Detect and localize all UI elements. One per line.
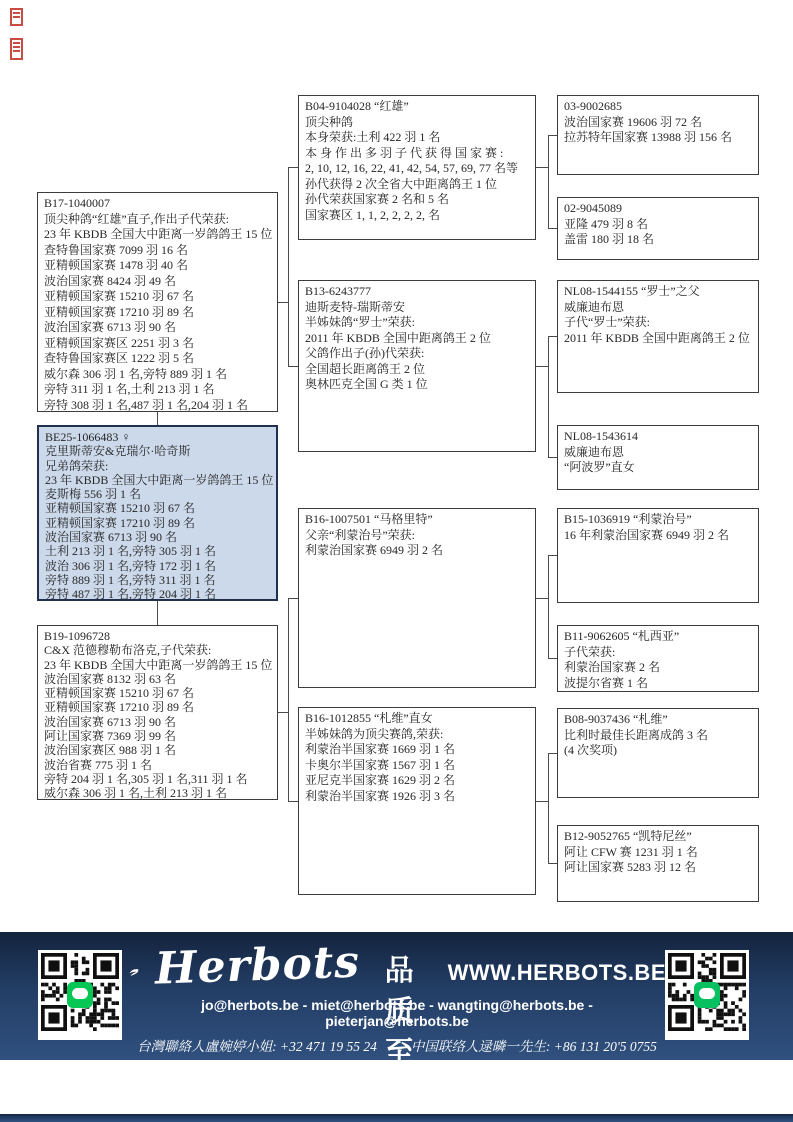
pedigree-text-line: 波治国家赛 6713 羽 90 名 xyxy=(44,715,271,729)
pedigree-text-line: 国家赛区 1, 1, 2, 2, 2, 2, 名 xyxy=(305,208,529,224)
brand-tagline: 品质至上 xyxy=(376,948,432,1112)
pedigree-text-line: 全国超长距离鸽王 2 位 xyxy=(305,362,529,378)
connector-line xyxy=(278,302,288,303)
pedigree-text-line: 半姊妹鸽为顶尖赛鸽,荣获: xyxy=(305,727,529,743)
red-stamp-icon xyxy=(10,38,23,60)
pedigree-text-line: B19-1096728 xyxy=(44,629,271,643)
pedigree-text-line: 本身荣获:土利 422 羽 1 名 xyxy=(305,130,529,146)
pedigree-text-line: 波治省赛 775 羽 1 名 xyxy=(44,758,271,772)
herbots-logo: Herbots xyxy=(154,938,361,993)
pedigree-text-line: BE25-1066483 ♀ xyxy=(45,430,270,444)
connector-line xyxy=(548,753,549,864)
pedigree-text-line: 子代荣获: xyxy=(564,645,752,661)
connector-line xyxy=(548,135,557,136)
pedigree-text-line: 旁特 308 羽 1 名,487 羽 1 名,204 羽 1 名 xyxy=(44,398,271,413)
pedigree-text-line: NL08-1544155 “罗士”之父 xyxy=(564,284,752,300)
connector-line xyxy=(536,167,548,168)
pedigree-text-line: 查特鲁国家赛区 1222 羽 5 名 xyxy=(44,351,271,367)
pedigree-box-03-9002685: 03-9002685波治国家赛 19606 羽 72 名拉苏特年国家赛 1398… xyxy=(557,95,759,175)
pedigree-text-line: 威尔森 306 羽 1 名,土利 213 羽 1 名 xyxy=(44,786,271,800)
pedigree-text-line: 亚精顿国家赛 17210 羽 89 名 xyxy=(44,700,271,714)
pedigree-text-line: C&X 范德穆勒布洛克,子代荣获: xyxy=(44,643,271,657)
connector-line xyxy=(288,167,289,366)
line-qr-code xyxy=(38,950,122,1040)
pedigree-text-line: (4 次奖项) xyxy=(564,743,752,759)
pedigree-text-line: 比利时最佳长距离成鸽 3 名 xyxy=(564,728,752,744)
connector-line xyxy=(548,336,557,337)
connector-line xyxy=(288,801,298,802)
pedigree-text-line: 奥林匹克全国 G 类 1 位 xyxy=(305,377,529,393)
pedigree-text-line: 卡奥尔半国家赛 1567 羽 1 名 xyxy=(305,758,529,774)
taiwan-contact: 台灣聯絡人盧婉婷小姐: +32 471 19 55 24 xyxy=(137,1035,377,1055)
pedigree-text-line: 亚精顿国家赛区 2251 羽 3 名 xyxy=(44,336,271,352)
wechat-qr-code xyxy=(665,950,749,1040)
wechat-badge-icon xyxy=(694,982,720,1008)
contact-emails: jo@herbots.be - miet@herbots.be - wangti… xyxy=(128,997,666,1029)
pedigree-text-line: 盖雷 180 羽 18 名 xyxy=(564,232,752,248)
connector-line xyxy=(548,863,557,864)
pedigree-text-line: 波治国家赛区 988 羽 1 名 xyxy=(44,743,271,757)
pedigree-text-line: 旁特 487 羽 1 名,旁特 204 羽 1 名 xyxy=(45,587,270,601)
pedigree-text-line: 23 年 KBDB 全国大中距离一岁鸽鸽王 15 位 xyxy=(44,658,271,672)
pedigree-text-line: “阿波罗”直女 xyxy=(564,460,752,476)
connector-line xyxy=(548,457,557,458)
connector-line xyxy=(536,801,548,802)
pedigree-text-line: 波治国家赛 19606 羽 72 名 xyxy=(564,115,752,131)
pedigree-text-line: 旁特 204 羽 1 名,305 羽 1 名,311 羽 1 名 xyxy=(44,772,271,786)
pedigree-text-line: B04-9104028 “红雄” xyxy=(305,99,529,115)
pedigree-text-line: 兄弟鸽荣获: xyxy=(45,459,270,473)
pedigree-box-b16-1007501: B16-1007501 “马格里特”父亲“利蒙治号”荣获:利蒙治国家赛 6949… xyxy=(298,508,536,688)
pedigree-text-line: 子代“罗士”荣获: xyxy=(564,315,752,331)
pedigree-text-line: 旁特 311 羽 1 名,土利 213 羽 1 名 xyxy=(44,382,271,398)
pedigree-text-line: 阿让 CFW 赛 1231 羽 1 名 xyxy=(564,845,752,861)
pedigree-box-b08-9037436: B08-9037436 “札维”比利时最佳长距离成鸽 3 名(4 次奖项) xyxy=(557,708,759,798)
line-badge-icon xyxy=(67,982,93,1008)
pedigree-text-line: 土利 213 羽 1 名,旁特 305 羽 1 名 xyxy=(45,544,270,558)
connector-line xyxy=(548,336,549,458)
pedigree-text-line: B08-9037436 “札维” xyxy=(564,712,752,728)
connector-line xyxy=(536,366,548,367)
pedigree-box-sire-b17-1040007: B17-1040007顶尖种鸽“红雄”直子,作出子代荣获:23 年 KBDB 全… xyxy=(37,192,278,412)
pedigree-text-line: B12-9052765 “凯特尼丝” xyxy=(564,829,752,845)
connector-line xyxy=(536,598,548,599)
connector-line xyxy=(548,555,549,659)
pedigree-text-line: 亚精顿国家赛 15210 羽 67 名 xyxy=(45,501,270,515)
pedigree-text-line: 顶尖种鸽“红雄”直子,作出子代荣获: xyxy=(44,212,271,228)
connector-line xyxy=(548,753,557,754)
page-bottom-band xyxy=(0,1114,793,1122)
pedigree-text-line: 父鸽作出子(孙)代荣获: xyxy=(305,346,529,362)
pedigree-text-line: 利蒙治国家赛 2 名 xyxy=(564,660,752,676)
connector-line xyxy=(548,228,557,229)
pedigree-text-line: 麦斯梅 556 羽 1 名 xyxy=(45,487,270,501)
connector-line xyxy=(548,658,557,659)
pedigree-box-dam-b19-1096728: B19-1096728C&X 范德穆勒布洛克,子代荣获:23 年 KBDB 全国… xyxy=(37,625,278,800)
red-stamp-icon xyxy=(10,8,23,26)
pedigree-text-line: NL08-1543614 xyxy=(564,429,752,445)
pedigree-text-line: 亚精顿国家赛 17210 羽 89 名 xyxy=(45,516,270,530)
connector-line xyxy=(288,167,298,168)
feather-icon xyxy=(128,960,139,986)
pedigree-box-b16-1012855: B16-1012855 “札维”直女半姊妹鸽为顶尖赛鸽,荣获:利蒙治半国家赛 1… xyxy=(298,707,536,895)
pedigree-box-nl08-1544155: NL08-1544155 “罗士”之父威廉迪布恩子代“罗士”荣获:2011 年 … xyxy=(557,280,759,393)
pedigree-text-line: 23 年 KBDB 全国大中距离一岁鸽鸽王 15 位 xyxy=(44,227,271,243)
pedigree-text-line: B11-9062605 “札西亚” xyxy=(564,629,752,645)
pedigree-box-b04-9104028: B04-9104028 “红雄”顶尖种鸽本身荣获:土利 422 羽 1 名本 身… xyxy=(298,95,536,240)
pedigree-text-line: 旁特 889 羽 1 名,旁特 311 羽 1 名 xyxy=(45,573,270,587)
pedigree-text-line: 亚精顿国家赛 15210 羽 67 名 xyxy=(44,686,271,700)
pedigree-text-line: 威廉迪布恩 xyxy=(564,445,752,461)
pedigree-text-line: 孙代荣获国家赛 2 名和 5 名 xyxy=(305,192,529,208)
pedigree-text-line: 2, 10, 12, 16, 22, 41, 42, 54, 57, 69, 7… xyxy=(305,161,529,177)
pedigree-text-line: 亚尼克半国家赛 1629 羽 2 名 xyxy=(305,773,529,789)
pedigree-text-line: 亚精顿国家赛 17210 羽 89 名 xyxy=(44,305,271,321)
pedigree-text-line: 16 年利蒙治国家赛 6949 羽 2 名 xyxy=(564,528,752,544)
pedigree-text-line: 阿让国家赛 5283 羽 12 名 xyxy=(564,860,752,876)
pedigree-text-line: 波治国家赛 8424 羽 49 名 xyxy=(44,274,271,290)
pedigree-text-line: 半姊妹鸽“罗士”荣获: xyxy=(305,315,529,331)
china-contact: 中国联络人逯暽一先生: +86 131 20'5 0755 xyxy=(411,1035,657,1055)
pedigree-box-subject-be25-1066483: BE25-1066483 ♀克里斯蒂安&克瑞尔·哈奇斯兄弟鸽荣获:23 年 KB… xyxy=(37,425,278,601)
pedigree-text-line: 03-9002685 xyxy=(564,99,752,115)
pedigree-text-line: 拉苏特年国家赛 13988 羽 156 名 xyxy=(564,130,752,146)
pedigree-box-b13-6243777: B13-6243777迪斯麦特-瑞斯蒂安半姊妹鸽“罗士”荣获:2011 年 KB… xyxy=(298,280,536,452)
pedigree-sheet: B17-1040007顶尖种鸽“红雄”直子,作出子代荣获:23 年 KBDB 全… xyxy=(0,0,793,1122)
pedigree-text-line: B17-1040007 xyxy=(44,196,271,212)
pedigree-text-line: 威尔森 306 羽 1 名,旁特 889 羽 1 名 xyxy=(44,367,271,383)
pedigree-text-line: B16-1012855 “札维”直女 xyxy=(305,711,529,727)
website-url: WWW.HERBOTS.BE xyxy=(448,960,666,986)
pedigree-box-b11-9062605: B11-9062605 “札西亚”子代荣获:利蒙治国家赛 2 名波提尔省赛 1 … xyxy=(557,625,759,692)
pedigree-text-line: 利蒙治半国家赛 1669 羽 1 名 xyxy=(305,742,529,758)
connector-line xyxy=(288,598,298,599)
connector-line xyxy=(548,555,557,556)
pedigree-text-line: B16-1007501 “马格里特” xyxy=(305,512,529,528)
pedigree-text-line: B13-6243777 xyxy=(305,284,529,300)
pedigree-text-line: 2011 年 KBDB 全国中距离鸽王 2 位 xyxy=(564,331,752,347)
pedigree-box-b12-9052765: B12-9052765 “凯特尼丝”阿让 CFW 赛 1231 羽 1 名阿让国… xyxy=(557,825,759,902)
pedigree-text-line: 父亲“利蒙治号”荣获: xyxy=(305,528,529,544)
connector-line xyxy=(157,412,158,425)
pedigree-box-02-9045089: 02-9045089亚隆 479 羽 8 名盖雷 180 羽 18 名 xyxy=(557,197,759,260)
connector-line xyxy=(288,366,298,367)
pedigree-text-line: 本 身 作 出 多 羽 子 代 获 得 国 家 赛 : xyxy=(305,146,529,162)
pedigree-text-line: 02-9045089 xyxy=(564,201,752,217)
pedigree-text-line: 克里斯蒂安&克瑞尔·哈奇斯 xyxy=(45,444,270,458)
connector-line xyxy=(157,601,158,625)
pedigree-box-nl08-1543614: NL08-1543614威廉迪布恩“阿波罗”直女 xyxy=(557,425,759,490)
pedigree-text-line: 孙代获得 2 次全省大中距离鸽王 1 位 xyxy=(305,177,529,193)
pedigree-text-line: 阿让国家赛 7369 羽 99 名 xyxy=(44,729,271,743)
pedigree-text-line: 波提尔省赛 1 名 xyxy=(564,676,752,692)
pedigree-text-line: 波治 306 羽 1 名,旁特 172 羽 1 名 xyxy=(45,559,270,573)
footer-slogan: 贺伯特家族...秉持品质第一与诚实可靠，力求提供完美的服务！ xyxy=(128,1060,666,1085)
pedigree-text-line: 亚隆 479 羽 8 名 xyxy=(564,217,752,233)
connector-line xyxy=(288,598,289,801)
pedigree-text-line: 波治国家赛 8132 羽 63 名 xyxy=(44,672,271,686)
connector-line xyxy=(548,135,549,229)
footer-banner: Herbots 品质至上 WWW.HERBOTS.BE jo@herbots.b… xyxy=(0,932,793,1060)
pedigree-text-line: 亚精顿国家赛 15210 羽 67 名 xyxy=(44,289,271,305)
pedigree-text-line: 23 年 KBDB 全国大中距离一岁鸽鸽王 15 位 xyxy=(45,473,270,487)
pedigree-text-line: 波治国家赛 6713 羽 90 名 xyxy=(44,320,271,336)
pedigree-text-line: 利蒙治半国家赛 1926 羽 3 名 xyxy=(305,789,529,805)
pedigree-text-line: 2011 年 KBDB 全国中距离鸽王 2 位 xyxy=(305,331,529,347)
pedigree-box-b15-1036919: B15-1036919 “利蒙治号”16 年利蒙治国家赛 6949 羽 2 名 xyxy=(557,508,759,603)
pedigree-text-line: 威廉迪布恩 xyxy=(564,300,752,316)
pedigree-text-line: 波治国家赛 6713 羽 90 名 xyxy=(45,530,270,544)
pedigree-text-line: 迪斯麦特-瑞斯蒂安 xyxy=(305,300,529,316)
pedigree-text-line: 亚精顿国家赛 1478 羽 40 名 xyxy=(44,258,271,274)
pedigree-text-line: B15-1036919 “利蒙治号” xyxy=(564,512,752,528)
connector-line xyxy=(278,712,288,713)
pedigree-text-line: 利蒙治国家赛 6949 羽 2 名 xyxy=(305,543,529,559)
pedigree-text-line: 查特鲁国家赛 7099 羽 16 名 xyxy=(44,243,271,259)
pedigree-text-line: 顶尖种鸽 xyxy=(305,115,529,131)
